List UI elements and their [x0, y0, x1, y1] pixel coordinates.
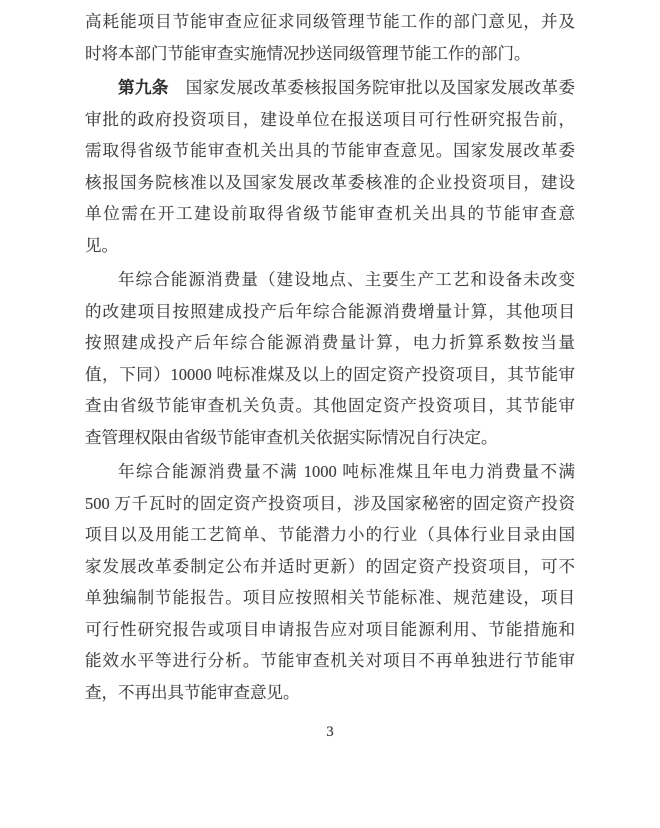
text-segment: 高耗能项目节能审查应征求同级管理节能工作的部门意见，并及: [85, 12, 575, 31]
text-segment: 500 万千瓦时的固定资产投资项目，涉及国家秘密的固定资产投资: [85, 494, 575, 513]
text-line: 可行性研究报告或项目申请报告应对项目能源利用、节能措施和: [85, 614, 575, 646]
text-line: 单独编制节能报告。项目应按照相关节能标准、规范建设，项目: [85, 582, 575, 614]
text-segment: 审批的政府投资项目，建设单位在报送项目可行性研究报告前，: [85, 110, 575, 129]
paragraph: 年综合能源消费量不满 1000 吨标准煤且年电力消费量不满500 万千瓦时的固定…: [85, 456, 575, 708]
text-segment: 家发展改革委制定公布并适时更新）的固定资产投资项目，可不: [85, 557, 575, 576]
text-line: 能效水平等进行分析。节能审查机关对项目不再单独进行节能审: [85, 645, 575, 677]
text-line: 高耗能项目节能审查应征求同级管理节能工作的部门意见，并及: [85, 6, 575, 38]
text-line: 项目以及用能工艺简单、节能潜力小的行业（具体行业目录由国: [85, 519, 575, 551]
text-line: 的改建项目按照建成投产后年综合能源消费增量计算，其他项目: [85, 296, 575, 328]
text-segment: 查管理权限由省级节能审查机关依据实际情况自行决定。: [85, 428, 498, 447]
text-segment: 见。: [85, 236, 118, 255]
text-segment: 项目以及用能工艺简单、节能潜力小的行业（具体行业目录由国: [85, 525, 575, 544]
text-line: 查由省级节能审查机关负责。其他固定资产投资项目，其节能审: [85, 390, 575, 422]
text-segment: 的改建项目按照建成投产后年综合能源消费增量计算，其他项目: [85, 302, 575, 321]
paragraph: 年综合能源消费量（建设地点、主要生产工艺和设备未改变的改建项目按照建成投产后年综…: [85, 264, 575, 453]
text-segment: 国家发展改革委核报国务院审批以及国家发展改革委: [169, 78, 575, 97]
text-line: 500 万千瓦时的固定资产投资项目，涉及国家秘密的固定资产投资: [85, 488, 575, 520]
text-line: 第九条 国家发展改革委核报国务院审批以及国家发展改革委: [85, 72, 575, 104]
text-segment: 查，不再出具节能审查意见。: [85, 683, 300, 702]
text-line: 需取得省级节能审查机关出具的节能审查意见。国家发展改革委: [85, 135, 575, 167]
text-segment: 单独编制节能报告。项目应按照相关节能标准、规范建设，项目: [85, 588, 575, 607]
paragraph: 第九条 国家发展改革委核报国务院审批以及国家发展改革委审批的政府投资项目，建设单…: [85, 72, 575, 261]
text-line: 见。: [85, 230, 575, 262]
text-segment: 核报国务院核准以及国家发展改革委核准的企业投资项目，建设: [85, 173, 575, 192]
text-line: 年综合能源消费量（建设地点、主要生产工艺和设备未改变: [85, 264, 575, 296]
text-segment: 需取得省级节能审查机关出具的节能审查意见。国家发展改革委: [85, 141, 575, 160]
article-number-bold: 第九条: [118, 78, 169, 97]
text-segment: 年综合能源消费量不满 1000 吨标准煤且年电力消费量不满: [118, 462, 575, 481]
text-line: 审批的政府投资项目，建设单位在报送项目可行性研究报告前，: [85, 104, 575, 136]
paragraph-container: 高耗能项目节能审查应征求同级管理节能工作的部门意见，并及时将本部门节能审查实施情…: [85, 6, 575, 708]
text-segment: 可行性研究报告或项目申请报告应对项目能源利用、节能措施和: [85, 620, 575, 639]
document-page: 高耗能项目节能审查应征求同级管理节能工作的部门意见，并及时将本部门节能审查实施情…: [0, 0, 660, 828]
paragraph: 高耗能项目节能审查应征求同级管理节能工作的部门意见，并及时将本部门节能审查实施情…: [85, 6, 575, 69]
text-segment: 时将本部门节能审查实施情况抄送同级管理节能工作的部门。: [85, 44, 531, 63]
text-line: 查，不再出具节能审查意见。: [85, 677, 575, 709]
text-line: 值，下同）10000 吨标准煤及以上的固定资产投资项目，其节能审: [85, 359, 575, 391]
text-line: 家发展改革委制定公布并适时更新）的固定资产投资项目，可不: [85, 551, 575, 583]
text-line: 按照建成投产后年综合能源消费量计算，电力折算系数按当量: [85, 327, 575, 359]
text-segment: 值，下同）10000 吨标准煤及以上的固定资产投资项目，其节能审: [85, 365, 575, 384]
text-segment: 能效水平等进行分析。节能审查机关对项目不再单独进行节能审: [85, 651, 575, 670]
document-body: 高耗能项目节能审查应征求同级管理节能工作的部门意见，并及时将本部门节能审查实施情…: [85, 6, 575, 749]
text-segment: 查由省级节能审查机关负责。其他固定资产投资项目，其节能审: [85, 396, 575, 415]
page-number: 3: [85, 717, 575, 749]
text-line: 核报国务院核准以及国家发展改革委核准的企业投资项目，建设: [85, 167, 575, 199]
text-line: 年综合能源消费量不满 1000 吨标准煤且年电力消费量不满: [85, 456, 575, 488]
text-segment: 按照建成投产后年综合能源消费量计算，电力折算系数按当量: [85, 333, 575, 352]
text-segment: 年综合能源消费量（建设地点、主要生产工艺和设备未改变: [118, 270, 575, 289]
text-line: 单位需在开工建设前取得省级节能审查机关出具的节能审查意: [85, 198, 575, 230]
text-segment: 单位需在开工建设前取得省级节能审查机关出具的节能审查意: [85, 204, 575, 223]
text-line: 时将本部门节能审查实施情况抄送同级管理节能工作的部门。: [85, 38, 575, 70]
text-line: 查管理权限由省级节能审查机关依据实际情况自行决定。: [85, 422, 575, 454]
